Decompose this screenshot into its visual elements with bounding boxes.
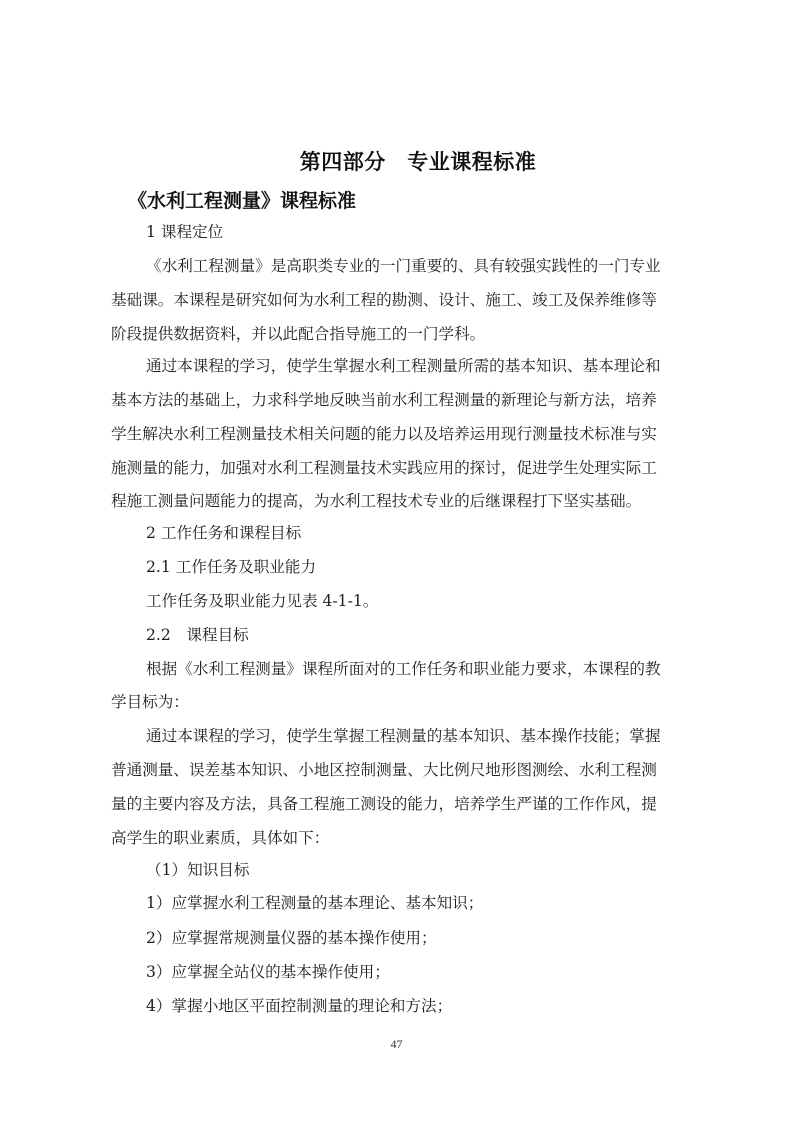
paragraph-line: 普通测量、误差基本知识、小地区控制测量、大比例尺地形图测绘、水利工程测 [111,760,657,780]
paragraph-line: 阶段提供数据资料，并以此配合指导施工的一门学科。 [111,324,485,344]
course-title: 《水利工程测量》课程标准 [128,186,356,213]
list-item: 2）应掌握常规测量仪器的基本操作使用； [146,928,437,948]
paragraph-line: 基础课。本课程是研究如何为水利工程的勘测、设计、施工、竣工及保养维修等 [111,290,657,310]
part-title: 第四部分 专业课程标准 [0,146,793,176]
section-heading-2: 2 工作任务和课程目标 [146,523,301,543]
paragraph-line: 程施工测量问题能力的提高，为水利工程技术专业的后继课程打下坚实基础。 [111,491,641,511]
list-item: 3）应掌握全站仪的基本操作使用； [146,962,390,982]
paragraph-line: 基本方法的基础上，力求科学地反映当前水利工程测量的新理论与新方法，培养 [111,390,657,410]
paragraph-line: 通过本课程的学习，使学生掌握工程测量的基本知识、基本操作技能；掌握 [146,726,661,746]
list-item: 4）掌握小地区平面控制测量的理论和方法； [146,996,452,1016]
subsection-heading-2-2: 2.2 课程目标 [146,625,249,645]
paragraph-line: 通过本课程的学习，使学生掌握水利工程测量所需的基本知识、基本理论和 [146,356,661,376]
page-number: 47 [0,1037,793,1052]
document-page: 第四部分 专业课程标准 《水利工程测量》课程标准 1 课程定位 《水利工程测量》… [0,0,793,1122]
list-heading-knowledge-goals: （1）知识目标 [146,860,249,880]
paragraph-line: 量的主要内容及方法，具备工程施工测设的能力，培养学生严谨的工作作风，提 [111,794,657,814]
paragraph-line: 《水利工程测量》是高职类专业的一门重要的、具有较强实践性的一门专业 [146,256,661,276]
section-heading-1: 1 课程定位 [146,222,223,242]
list-item: 1）应掌握水利工程测量的基本理论、基本知识； [146,893,483,913]
paragraph-line: 学目标为： [111,692,189,712]
paragraph-line: 工作任务及职业能力见表 4-1-1。 [146,591,378,611]
paragraph-line: 高学生的职业素质，具体如下： [111,828,329,848]
paragraph-line: 学生解决水利工程测量技术相关问题的能力以及培养运用现行测量技术标准与实 [111,424,657,444]
paragraph-line: 施测量的能力，加强对水利工程测量技术实践应用的探讨，促进学生处理实际工 [111,458,657,478]
paragraph-line: 根据《水利工程测量》课程所面对的工作任务和职业能力要求，本课程的教 [146,659,661,679]
subsection-heading-2-1: 2.1 工作任务及职业能力 [146,557,316,577]
